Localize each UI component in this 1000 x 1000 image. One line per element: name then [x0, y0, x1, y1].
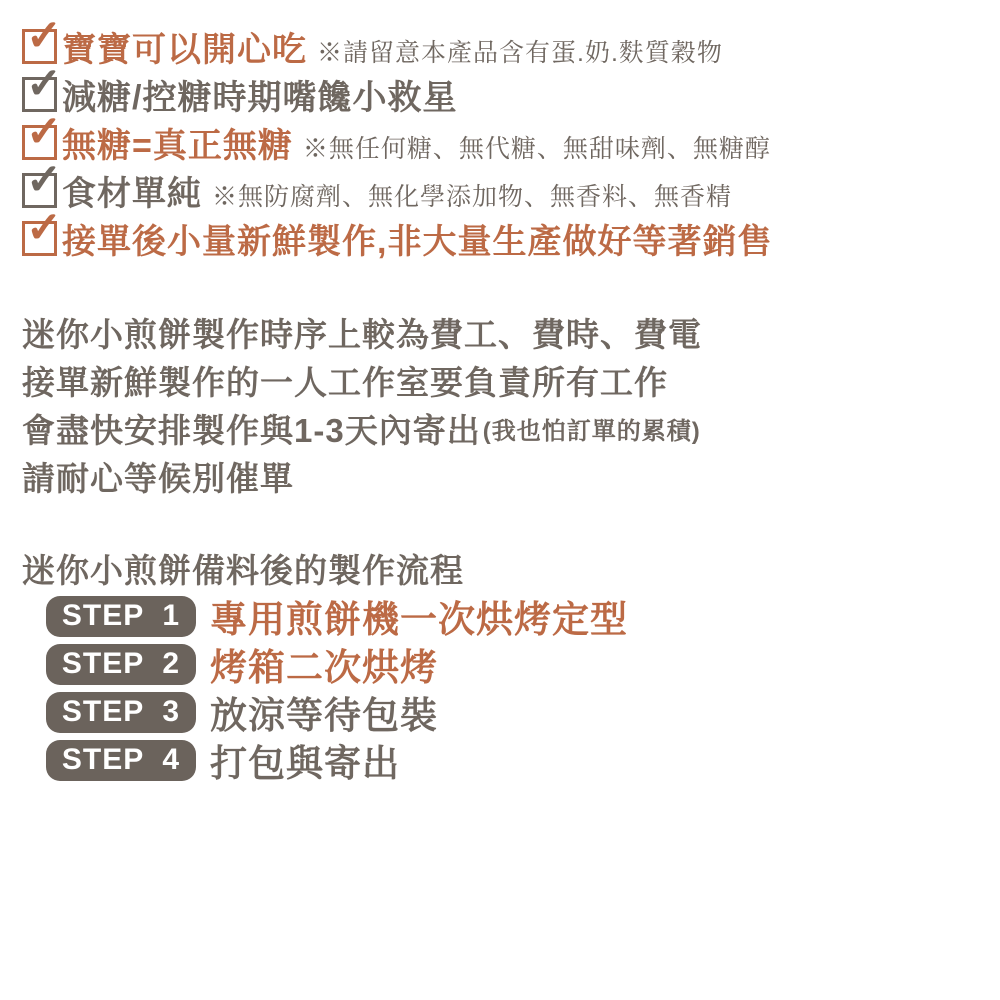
paragraph-line-text: 接單新鮮製作的一人工作室要負責所有工作: [22, 357, 668, 404]
checkbox-icon: ✓: [22, 125, 57, 160]
checkmark-icon: ✓: [26, 207, 62, 250]
checklist-item-text: 食材單純 ※無防腐劑、無化學添加物、無香料、無香精: [62, 166, 732, 215]
paragraph-line: 會盡快安排製作與1-3天內寄出 (我也怕訂單的累積): [22, 404, 982, 452]
step-label: 打包與寄出: [210, 733, 400, 787]
checklist-note-text: ※請留意本產品含有蛋.奶.麩質穀物: [317, 33, 723, 69]
checkbox-icon: ✓: [22, 221, 57, 256]
checklist-lead-text: 寶寶可以開心吃: [62, 22, 307, 71]
process-section-title: 迷你小煎餅備料後的製作流程: [22, 546, 982, 590]
checkbox-icon: ✓: [22, 77, 57, 112]
step-label: 烤箱二次烘烤: [210, 637, 438, 691]
checkmark-icon: ✓: [26, 15, 62, 58]
checklist-item-text: 寶寶可以開心吃 ※請留意本產品含有蛋.奶.麩質穀物: [62, 22, 723, 71]
checklist-item: ✓ 無糖=真正無糖 ※無任何糖、無代糖、無甜味劑、無糖醇: [22, 118, 982, 166]
checklist-item-text: 無糖=真正無糖 ※無任何糖、無代糖、無甜味劑、無糖醇: [62, 118, 771, 167]
paragraph-line-text: 會盡快安排製作與1-3天內寄出: [22, 405, 481, 452]
paragraph-line-suffix: (我也怕訂單的累積): [483, 411, 701, 446]
paragraph-line: 接單新鮮製作的一人工作室要負責所有工作: [22, 356, 982, 404]
checklist-item: ✓ 減糖/控糖時期嘴饞小救星: [22, 70, 982, 118]
checklist-lead-text: 接單後小量新鮮製作,非大量生產做好等著銷售: [62, 214, 772, 263]
step-badge: STEP 2: [46, 644, 196, 685]
page-content: ✓ 寶寶可以開心吃 ※請留意本產品含有蛋.奶.麩質穀物 ✓ 減糖/控糖時期嘴饞小…: [0, 0, 1000, 784]
product-description-page: ✓ 寶寶可以開心吃 ※請留意本產品含有蛋.奶.麩質穀物 ✓ 減糖/控糖時期嘴饞小…: [0, 0, 1000, 1000]
shipping-paragraph: 迷你小煎餅製作時序上較為費工、費時、費電 接單新鮮製作的一人工作室要負責所有工作…: [22, 308, 982, 500]
checklist-item-text: 接單後小量新鮮製作,非大量生產做好等著銷售: [62, 214, 772, 263]
paragraph-line: 迷你小煎餅製作時序上較為費工、費時、費電: [22, 308, 982, 356]
process-steps: STEP 1 專用煎餅機一次烘烤定型 STEP 2 烤箱二次烘烤 STEP 3 …: [46, 592, 982, 784]
checklist-lead-text: 減糖/控糖時期嘴饞小救星: [62, 70, 457, 119]
checklist-item: ✓ 食材單純 ※無防腐劑、無化學添加物、無香料、無香精: [22, 166, 982, 214]
paragraph-line-text: 迷你小煎餅製作時序上較為費工、費時、費電: [22, 309, 702, 356]
checklist-lead-text: 無糖=真正無糖: [62, 118, 293, 167]
process-section: 迷你小煎餅備料後的製作流程 STEP 1 專用煎餅機一次烘烤定型 STEP 2 …: [22, 546, 982, 784]
checkmark-icon: ✓: [26, 63, 62, 106]
paragraph-line-text: 請耐心等候別催單: [22, 453, 294, 500]
checklist-item: ✓ 寶寶可以開心吃 ※請留意本產品含有蛋.奶.麩質穀物: [22, 22, 982, 70]
step-row: STEP 1 專用煎餅機一次烘烤定型: [46, 592, 982, 640]
checklist-item-text: 減糖/控糖時期嘴饞小救星: [62, 70, 457, 119]
step-row: STEP 2 烤箱二次烘烤: [46, 640, 982, 688]
checklist-note-text: ※無防腐劑、無化學添加物、無香料、無香精: [212, 177, 732, 213]
checklist-note-text: ※無任何糖、無代糖、無甜味劑、無糖醇: [303, 129, 771, 165]
step-label: 專用煎餅機一次烘烤定型: [210, 589, 628, 643]
checkbox-icon: ✓: [22, 29, 57, 64]
checkmark-icon: ✓: [26, 111, 62, 154]
paragraph-line: 請耐心等候別催單: [22, 452, 982, 500]
checkbox-icon: ✓: [22, 173, 57, 208]
checklist-item: ✓ 接單後小量新鮮製作,非大量生產做好等著銷售: [22, 214, 982, 262]
step-label: 放涼等待包裝: [210, 685, 438, 739]
step-badge: STEP 4: [46, 740, 196, 781]
step-row: STEP 4 打包與寄出: [46, 736, 982, 784]
step-badge: STEP 1: [46, 596, 196, 637]
checkmark-icon: ✓: [26, 159, 62, 202]
checklist-lead-text: 食材單純: [62, 166, 202, 215]
step-badge: STEP 3: [46, 692, 196, 733]
step-row: STEP 3 放涼等待包裝: [46, 688, 982, 736]
benefits-checklist: ✓ 寶寶可以開心吃 ※請留意本產品含有蛋.奶.麩質穀物 ✓ 減糖/控糖時期嘴饞小…: [22, 22, 982, 262]
